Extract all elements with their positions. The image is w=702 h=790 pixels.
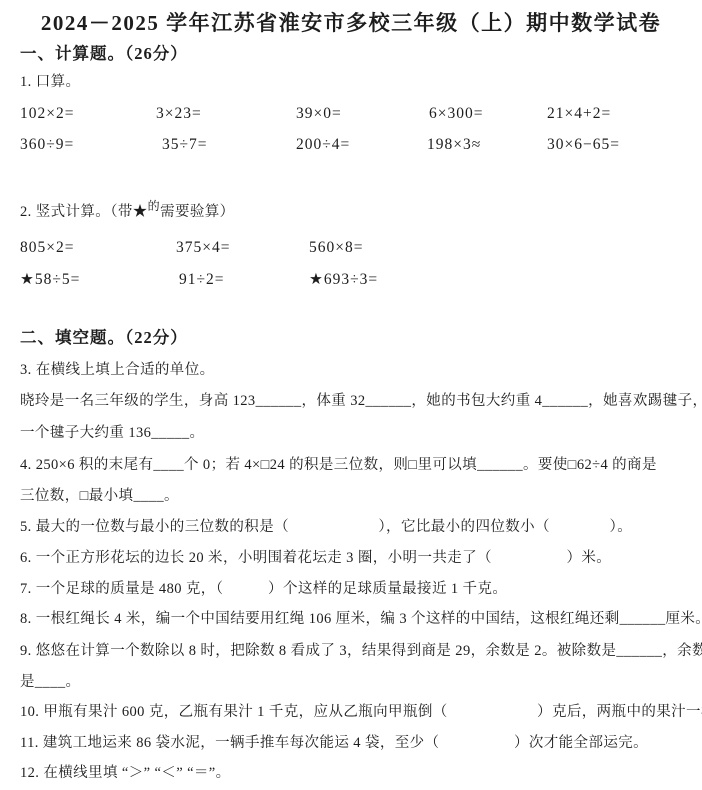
question-9-line-2: 是____。 (20, 673, 80, 691)
question-2-label: 2. 竖式计算。（带★的需要验算） (20, 203, 235, 221)
vertical-calc-item: 805×2= (20, 238, 74, 257)
question-4-line-2: 三位数，□最小填____。 (20, 487, 179, 505)
oral-calc-item: 102×2= (20, 104, 74, 123)
oral-calc-item: 6×300= (429, 104, 483, 123)
section-1-heading: 一、计算题。（26分） (20, 44, 188, 65)
vertical-calc-item: 560×8= (309, 238, 363, 257)
question-9-line-1: 9. 悠悠在计算一个数除以 8 时，把除数 8 看成了 3，结果得到商是 29，… (20, 642, 702, 660)
page-title: 2024－2025 学年江苏省淮安市多校三年级（上）期中数学试卷 (0, 10, 702, 36)
question-3-line-2: 晓玲是一名三年级的学生，身高 123______，体重 32______，她的书… (20, 392, 702, 410)
question-2-label-prefix: 2. 竖式计算。（带★ (20, 204, 148, 220)
question-11: 11. 建筑工地运来 86 袋水泥，一辆手推车每次能运 4 袋，至少（ ）次才能… (20, 734, 648, 752)
question-8: 8. 一根红绳长 4 米，编一个中国结要用红绳 106 厘米，编 3 个这样的中… (20, 610, 702, 628)
question-7: 7. 一个足球的质量是 480 克，（ ）个这样的足球质量最接近 1 千克。 (20, 580, 507, 598)
question-3-line-1: 3. 在横线上填上合适的单位。 (20, 361, 215, 379)
question-4-line-1: 4. 250×6 积的末尾有____个 0；若 4×□24 的积是三位数，则□里… (20, 456, 657, 474)
exam-paper-page: 2024－2025 学年江苏省淮安市多校三年级（上）期中数学试卷 一、计算题。（… (0, 0, 702, 790)
vertical-calc-item: 91÷2= (179, 270, 225, 289)
oral-calc-item: 3×23= (156, 104, 202, 123)
question-10: 10. 甲瓶有果汁 600 克，乙瓶有果汁 1 千克，应从乙瓶向甲瓶倒（ ）克后… (20, 703, 702, 721)
oral-calc-item: 39×0= (296, 104, 342, 123)
question-3-line-3: 一个毽子大约重 136_____。 (20, 424, 204, 442)
question-8-text: 8. 一根红绳长 4 米，编一个中国结要用红绳 106 厘米，编 3 个这样的中… (20, 611, 702, 627)
question-6: 6. 一个正方形花坛的边长 20 米，小明围着花坛走 3 圈，小明一共走了（ ）… (20, 549, 611, 567)
vertical-calc-item: 375×4= (176, 238, 230, 257)
question-2-label-superscript: 的 (148, 199, 160, 213)
question-1-label: 1. 口算。 (20, 73, 80, 91)
vertical-calc-item-starred: ★58÷5= (20, 270, 80, 289)
vertical-calc-item-starred: ★693÷3= (309, 270, 378, 289)
oral-calc-item: 30×6−65= (547, 135, 620, 154)
oral-calc-item: 360÷9= (20, 135, 74, 154)
oral-calc-item: 21×4+2= (547, 104, 611, 123)
oral-calc-item: 35÷7= (162, 135, 208, 154)
question-12: 12. 在横线里填 “＞” “＜” “＝”。 (20, 764, 231, 782)
section-2-heading: 二、填空题。（22分） (20, 328, 188, 349)
question-2-label-suffix: 需要验算） (160, 204, 235, 220)
oral-calc-item: 200÷4= (296, 135, 350, 154)
question-5: 5. 最大的一位数与最小的三位数的积是（ ），它比最小的四位数小（ ）。 (20, 518, 632, 536)
oral-calc-item: 198×3≈ (427, 135, 481, 154)
